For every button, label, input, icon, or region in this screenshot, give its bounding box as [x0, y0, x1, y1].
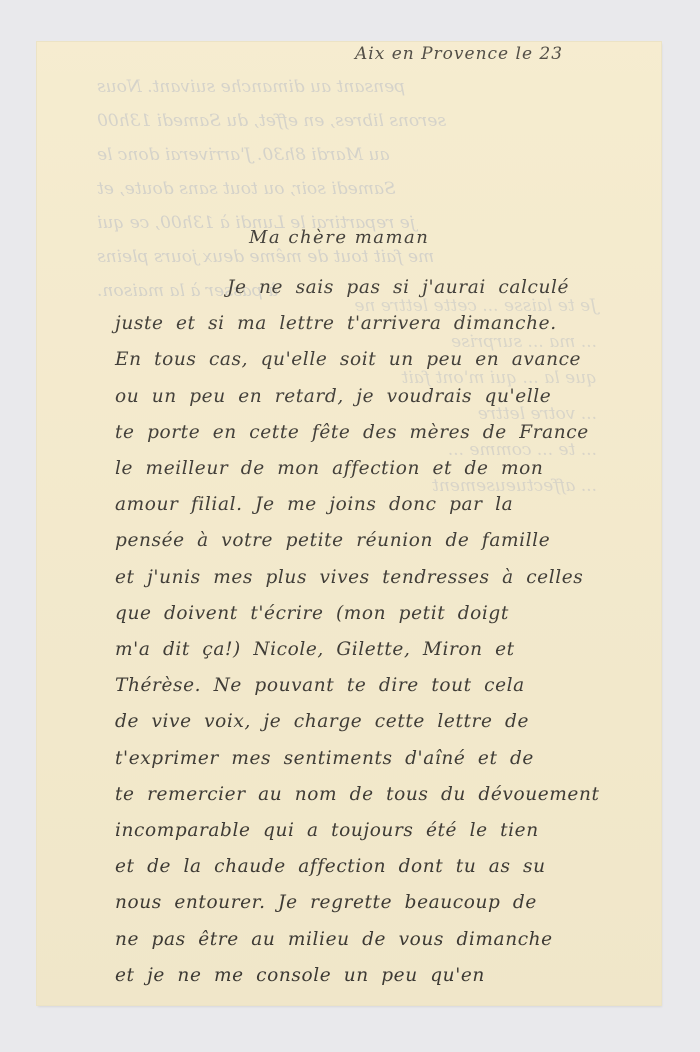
- letter-line: te remercier au nom de tous du dévouemen…: [115, 777, 655, 813]
- letter-line: Thérèse. Ne pouvant te dire tout cela: [115, 668, 655, 704]
- letter-line: et j'unis mes plus vives tendresses à ce…: [115, 560, 655, 596]
- bleed-line: serons libres, en effet, du Samedi 13h00: [97, 104, 597, 138]
- letter-line: incomparable qui a toujours été le tien: [115, 813, 655, 849]
- letter-line: pensée à votre petite réunion de famille: [115, 523, 655, 559]
- letter-line: le meilleur de mon affection et de mon: [115, 451, 655, 487]
- bleed-line: au Mardi 8h30. J'arriverai donc le: [97, 138, 597, 172]
- letter-line: Je ne sais pas si j'aurai calculé: [115, 270, 655, 306]
- letter-line: et de la chaude affection dont tu as su: [115, 849, 655, 885]
- bleed-line: Samedi soir, ou tout sans doute, et: [97, 172, 597, 206]
- letter-line: t'exprimer mes sentiments d'aîné et de: [115, 741, 655, 777]
- letter-body: Je ne sais pas si j'aurai calculé juste …: [115, 270, 655, 994]
- letter-line: m'a dit ça!) Nicole, Gilette, Miron et: [115, 632, 655, 668]
- letter-line: et je ne me console un peu qu'en: [115, 958, 655, 994]
- letter-line: ne pas être au milieu de vous dimanche: [115, 922, 655, 958]
- letter-line: que doivent t'écrire (mon petit doigt: [115, 596, 655, 632]
- letter-salutation: Ma chère maman: [249, 227, 429, 248]
- letter-line: de vive voix, je charge cette lettre de: [115, 704, 655, 740]
- letter-line: ou un peu en retard, je voudrais qu'elle: [115, 379, 655, 415]
- letter-line: juste et si ma lettre t'arrivera dimanch…: [115, 306, 655, 342]
- bleed-line: pensant au dimanche suivant. Nous: [97, 70, 597, 104]
- letter-line: nous entourer. Je regrette beaucoup de: [115, 885, 655, 921]
- letter-place-date: Aix en Provence le 23: [355, 44, 563, 64]
- letter-line: amour filial. Je me joins donc par la: [115, 487, 655, 523]
- letter-line: En tous cas, qu'elle soit un peu en avan…: [115, 342, 655, 378]
- letter-page: pensant au dimanche suivant. Nous serons…: [37, 42, 661, 1005]
- letter-line: te porte en cette fête des mères de Fran…: [115, 415, 655, 451]
